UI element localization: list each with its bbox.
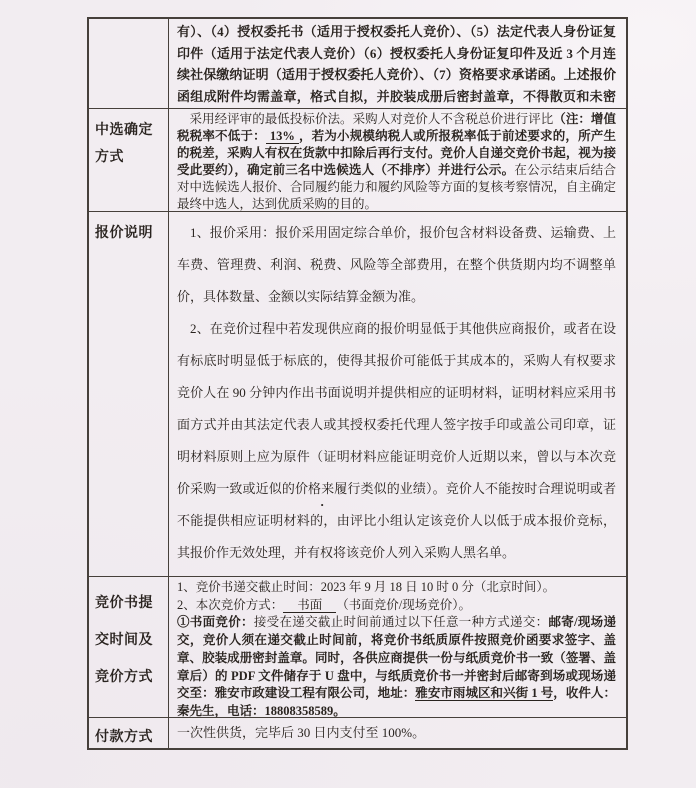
row-label-selection-method: 中选确定方式	[89, 109, 169, 211]
paragraph: 1、报价采用：报价采用固定综合单价，报价包含材料设备费、运输费、上车费、管理费、…	[177, 217, 616, 313]
text-segment: 2、本次竞价方式：	[177, 598, 283, 612]
attachments-continuation-content: 有）、（4）授权委托书（适用于授权委托人竞价）、（5）法定代表人身份证复印件（适…	[169, 19, 626, 108]
text-segment: 。	[333, 704, 346, 717]
text-segment: ，收件人：	[553, 686, 616, 700]
text-segment: （书面竞价/现场竞价）。	[336, 598, 471, 612]
text-segment: 有）、（4）授权委托书（适用于授权委托人竞价）、（5）法定代表人身份证复印件（适…	[177, 24, 616, 108]
paragraph: 1、竞价书递交截止时间：2023 年 9 月 18 日 10 时 0 分（北京时…	[177, 579, 616, 597]
text-segment: 接受在递交截止时间前通过以下任意一种方式递交：	[254, 615, 549, 629]
text-segment: 18808358589	[265, 704, 334, 717]
payment-method-content: 一次性供货，完毕后 30 日内支付至 100%。	[169, 718, 626, 748]
paragraph: 2、在竞价过程中若发现供应商的报价明显低于其他供应商报价，或者在设有标底时明显低…	[177, 313, 616, 569]
paragraph: 有）、（4）授权委托书（适用于授权委托人竞价）、（5）法定代表人身份证复印件（适…	[177, 21, 616, 108]
bid-document-table: 有）、（4）授权委托书（适用于授权委托人竞价）、（5）法定代表人身份证复印件（适…	[87, 17, 628, 750]
stray-dot-artifact: ·	[320, 497, 324, 513]
text-segment: 1、竞价书递交截止时间：2023 年 9 月 18 日 10 时 0 分（北京时…	[177, 580, 555, 594]
paragraph: 2、本次竞价方式：书面（书面竞价/现场竞价）。	[177, 597, 616, 615]
text-segment: 13%	[266, 129, 299, 144]
selection-method-content: 采用经评审的最低投标价法。采购人对竞价人不含税总价进行评比（注：增值税税率不低于…	[169, 109, 626, 211]
row-label-empty	[89, 19, 169, 108]
text-segment: ①书面竞价：	[177, 615, 254, 629]
paragraph: ①书面竞价：接受在递交截止时间前通过以下任意一种方式递交：邮寄/现场递交，竞价人…	[177, 614, 616, 717]
paragraph: 采用经评审的最低投标价法。采购人对竞价人不含税总价进行评比（注：增值税税率不低于…	[177, 111, 616, 211]
table-row-quotation-notes: 报价说明 1、报价采用：报价采用固定综合单价，报价包含材料设备费、运输费、上车费…	[89, 211, 626, 576]
row-label-payment-method: 付款方式	[89, 718, 169, 748]
row-label-submission-time-method: 竞价书提交时间及竞价方式	[89, 577, 169, 717]
table-row-payment-method: 付款方式 一次性供货，完毕后 30 日内支付至 100%。	[89, 717, 626, 748]
row-label-quotation-notes: 报价说明	[89, 212, 169, 576]
table-row-selection-method: 中选确定方式 采用经评审的最低投标价法。采购人对竞价人不含税总价进行评比（注：增…	[89, 108, 626, 211]
text-segment: 雅安市雨城区和兴街 1 号	[415, 686, 553, 701]
text-segment: 2、在竞价过程中若发现供应商的报价明显低于其他供应商报价，或者在设有标底时明显低…	[177, 321, 616, 560]
text-segment: 一次性供货，完毕后 30 日内支付至 100%。	[177, 725, 425, 740]
table-row-submission-time-method: 竞价书提交时间及竞价方式 1、竞价书递交截止时间：2023 年 9 月 18 日…	[89, 576, 626, 717]
document-page: 有）、（4）授权委托书（适用于授权委托人竞价）、（5）法定代表人身份证复印件（适…	[0, 0, 696, 788]
paragraph: 一次性供货，完毕后 30 日内支付至 100%。	[177, 724, 616, 742]
text-segment: 1、报价采用：报价采用固定综合单价，报价包含材料设备费、运输费、上车费、管理费、…	[177, 225, 616, 304]
text-segment: ，电话：	[215, 704, 265, 717]
table-row-attachments-continuation: 有）、（4）授权委托书（适用于授权委托人竞价）、（5）法定代表人身份证复印件（适…	[89, 19, 626, 108]
text-segment: 采用经评审的最低投标价法。采购人对竞价人不含税总价进行评比	[190, 112, 554, 126]
text-segment: 书面	[283, 598, 336, 613]
text-segment: 秦先生	[177, 704, 215, 717]
quotation-notes-content: 1、报价采用：报价采用固定综合单价，报价包含材料设备费、运输费、上车费、管理费、…	[169, 212, 626, 576]
submission-time-method-content: 1、竞价书递交截止时间：2023 年 9 月 18 日 10 时 0 分（北京时…	[169, 577, 626, 717]
